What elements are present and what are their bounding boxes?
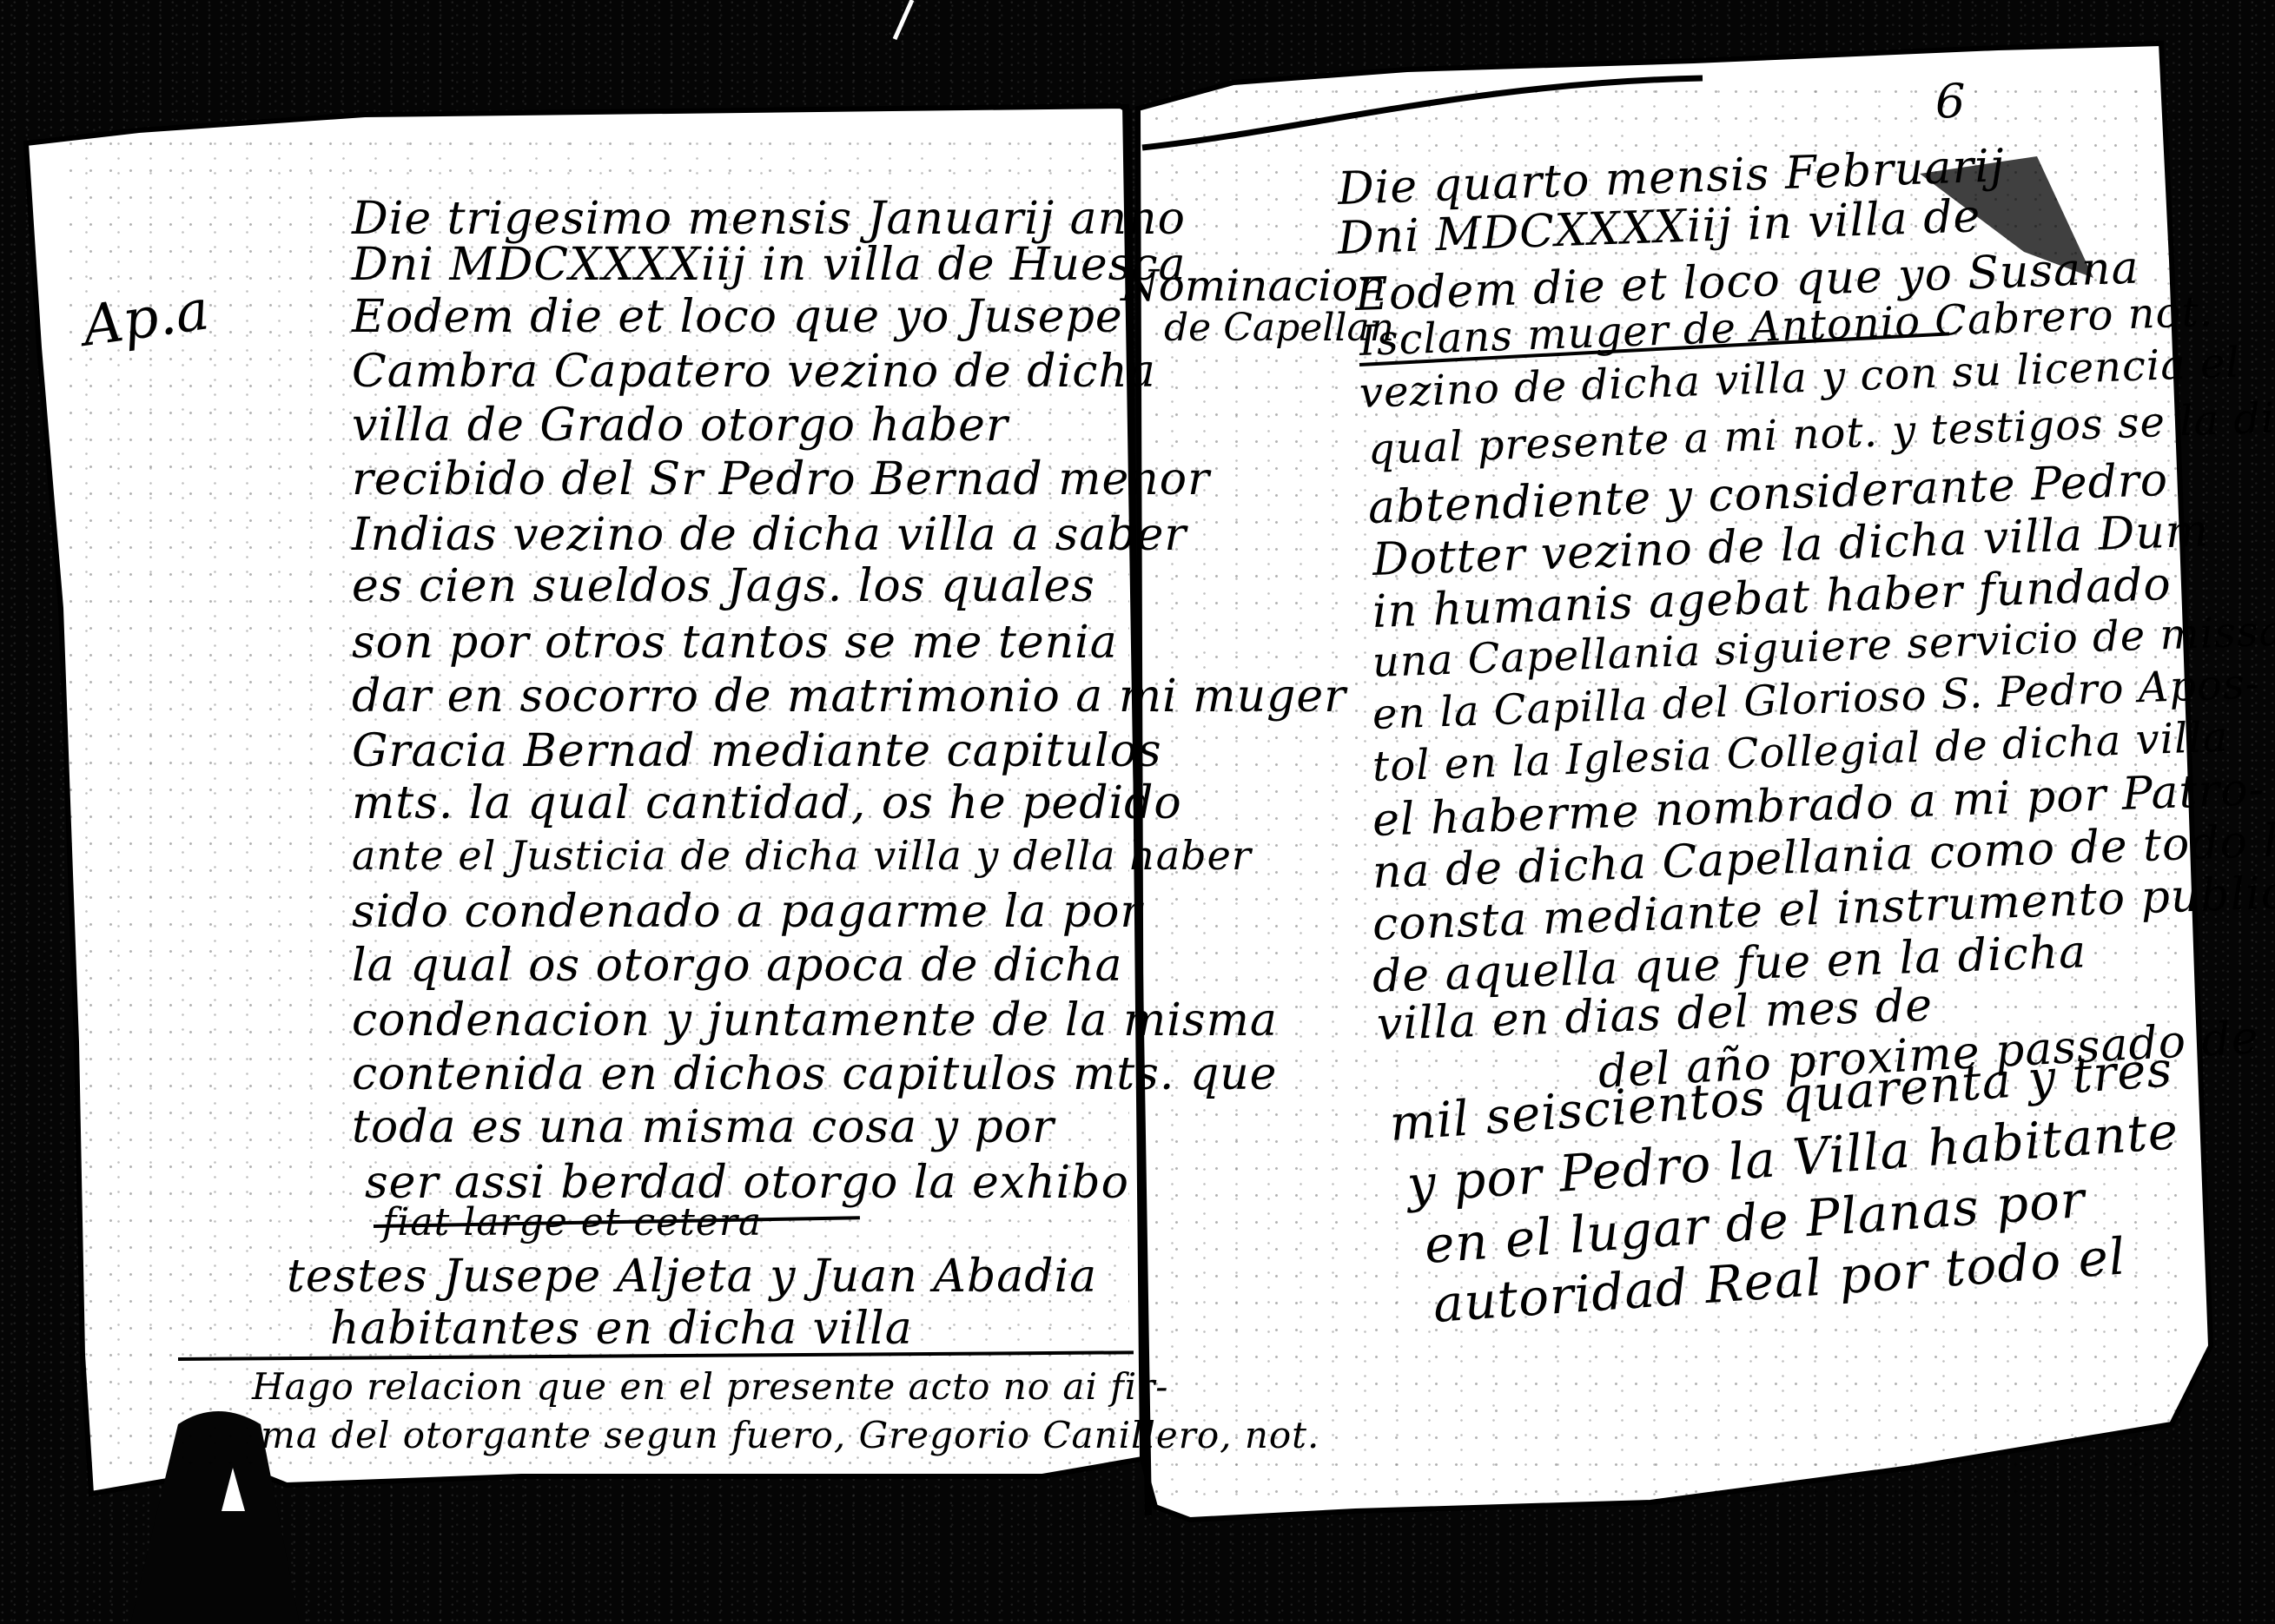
text-line: Eodem die et loco que yo Jusepe [352,291,1123,343]
text-line: testes Jusepe Aljeta y Juan Abadia [287,1251,1097,1303]
text-line: toda es una misma cosa y por [352,1101,1055,1153]
right-margin-note-1: Nominacion [1121,261,1386,311]
text-line: es cien sueldos Jags. los quales [352,560,1095,612]
text-line: ante el Justicia de dicha villa y della … [352,832,1252,879]
text-line: habitantes en dicha villa [330,1303,913,1355]
text-line: Cambra Capatero vezino de dicha [352,346,1156,398]
footer-line: Hago relacion que en el presente acto no… [252,1365,1168,1408]
text-line: condenacion y juntamente de la misma [352,994,1278,1046]
text-line: son por otros tantos se me tenia [352,617,1118,669]
text-line: contenida en dichos capitulos mts. que [352,1048,1277,1100]
text-line: Gracia Bernad mediante capitulos [352,725,1162,777]
page-number: 6 [1935,74,1965,129]
text-line: Indias vezino de dicha villa a saber [352,509,1187,561]
text-line: dar en socorro de matrimonio a mi muger [352,670,1346,723]
text-line: Die trigesimo mensis Januarij anno [352,193,1186,245]
text-line: Dni MDCXXXXiij in villa de Huesca [352,239,1187,291]
text-line: recibido del Sr Pedro Bernad menor [352,453,1210,505]
bookmark-strip [895,0,912,39]
text-line: villa de Grado otorgo haber [352,399,1009,452]
text-line: la qual os otorgo apoca de dicha [352,940,1123,992]
text-line: sido condenado a pagarme la por [352,886,1142,938]
footer-line: ma del otorgante segun fuero, Gregorio C… [261,1414,1319,1456]
text-line: mts. la qual cantidad, os he pedido [352,777,1182,829]
